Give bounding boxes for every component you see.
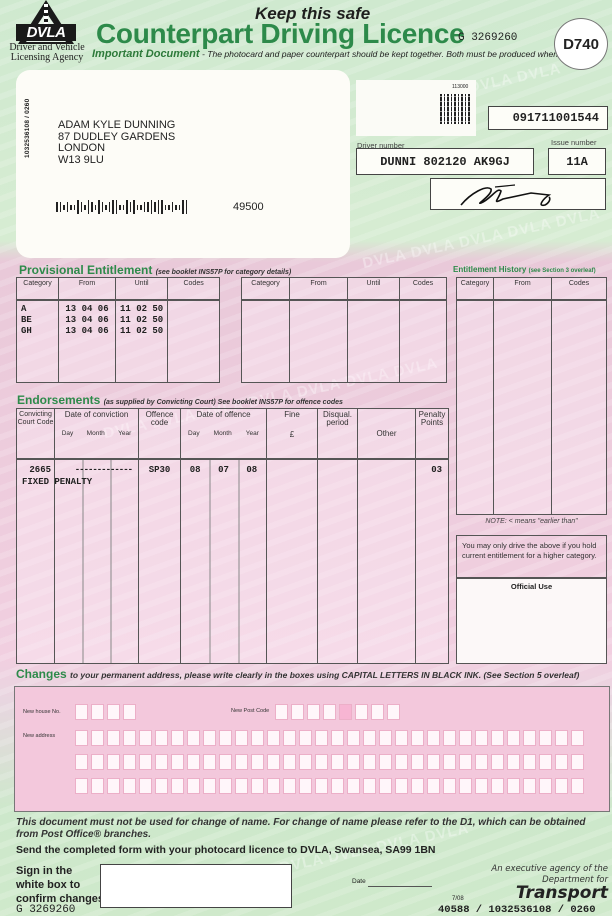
column-header-points: Penalty Points [416, 409, 449, 459]
empty-cell [457, 300, 494, 515]
section-heading: Provisional Entitlement [19, 263, 152, 277]
day-label: Day [62, 430, 74, 438]
offence-code: SP30 [139, 459, 181, 664]
column-header-codes: Codes [168, 278, 220, 300]
empty-cell [348, 300, 400, 383]
rotated-reference: 1032536108 / 0260 [24, 100, 44, 170]
address-postcode: W13 9LU [58, 155, 175, 167]
signature-input[interactable] [100, 864, 292, 908]
section-heading: Changes [16, 667, 67, 681]
endorsements-title: Endorsements (as supplied by Convicting … [17, 393, 343, 407]
higher-category-notice: You may only drive the above if you hold… [456, 535, 607, 578]
fixed-penalty-note: FIXED PENALTY [22, 477, 92, 487]
section-subtitle: (see booklet INS57P for category details… [156, 269, 292, 276]
house-no-input[interactable] [75, 704, 136, 720]
dept-transport-logo: Transport [480, 883, 608, 903]
address-line-1-input[interactable] [75, 730, 584, 746]
postal-barcode [56, 199, 196, 215]
fine-label: Fine [267, 411, 317, 419]
sign-label-line: Sign in the [16, 864, 104, 878]
section-subtitle: to your permanent address, please write … [70, 670, 579, 680]
house-no-label: New house No. [23, 709, 61, 715]
column-header-until: Until [348, 278, 400, 300]
reference-number: 091711001544 [488, 106, 608, 130]
endorsements-table: Convicting Court Code Date of conviction… [16, 408, 449, 664]
column-header-disqual: Disqual. period [318, 409, 358, 459]
conviction-date-cell: ------------- [55, 459, 139, 664]
column-header-date-offence: Date of offence DayMonthYear [181, 409, 267, 459]
year-label: Year [246, 430, 259, 438]
column-header-category: Category [457, 278, 494, 300]
address-line-2-input[interactable] [75, 754, 584, 770]
sign-label: Sign in the white box to confirm changes [16, 864, 104, 906]
date-input[interactable] [368, 886, 432, 887]
conviction-date: ------------- [61, 465, 132, 475]
column-header-fine: Fine £ [267, 409, 318, 459]
document-reference: 40588 / 1032536108 / 0260 [438, 904, 596, 916]
rotated-reference-text: 1032536108 / 0260 [24, 88, 31, 158]
driver-number: DUNNI 802120 AK9GJ [356, 148, 534, 175]
address-city: LONDON [58, 143, 175, 155]
post-code-label: New Post Code [231, 708, 269, 714]
court-code-cell: 2665 FIXED PENALTY [17, 459, 55, 664]
empty-cell [494, 300, 552, 515]
year-label: Year [118, 430, 131, 438]
date-conviction-label: Date of conviction [55, 411, 138, 419]
document-title: Counterpart Driving Licence [96, 18, 464, 50]
offence-month: 07 [218, 465, 229, 475]
entitlement-history-table: Category From Codes [456, 277, 607, 515]
codes-cell [168, 300, 220, 383]
form-version: 7/08 [452, 896, 464, 902]
column-header-until: Until [116, 278, 168, 300]
month-label: Month [214, 430, 232, 438]
provisional-entitlement-title: Provisional Entitlement (see booklet INS… [19, 263, 291, 277]
empty-cell [552, 300, 607, 515]
address-label: New address [23, 733, 55, 739]
endorsement-row: 2665 FIXED PENALTY ------------- SP30 08… [17, 459, 449, 664]
column-header-offence-code: Offence code [139, 409, 181, 459]
day-label: Day [188, 430, 200, 438]
fine-cell [267, 459, 318, 664]
changes-form: New house No. New Post Code New address [14, 686, 610, 812]
agency-name: Driver and Vehicle Licensing Agency [2, 43, 92, 63]
date-label: Date [352, 878, 366, 885]
issue-number-label: Issue number [551, 138, 596, 147]
offence-day: 08 [190, 465, 201, 475]
until-cell: 11 02 50 11 02 50 11 02 50 [116, 300, 168, 383]
earlier-than-note: NOTE: < means "earlier than" [456, 518, 607, 525]
logo-text: DVLA [16, 24, 76, 41]
from-cell: 13 04 06 13 04 06 13 04 06 [59, 300, 116, 383]
barcode-number: 49500 [233, 201, 264, 213]
column-header-court-code: Convicting Court Code [17, 409, 55, 459]
send-instructions: Send the completed form with your photoc… [16, 844, 436, 856]
qr-number: 113000 [452, 84, 468, 90]
post-code-input[interactable] [275, 704, 400, 720]
section-heading: Endorsements [17, 393, 100, 407]
form-code-badge: D740 [554, 18, 608, 70]
empty-cell [400, 300, 447, 383]
official-use-box: Official Use [456, 578, 607, 664]
entitlement-history-title: Entitlement History (see Section 3 overl… [453, 265, 596, 274]
column-header-from: From [494, 278, 552, 300]
provisional-entitlement-table: Category From Until Codes A BE GH 13 04 … [16, 277, 220, 383]
address-block: ADAM KYLE DUNNING 87 DUDLEY GARDENS LOND… [58, 120, 175, 166]
holder-name: ADAM KYLE DUNNING [58, 120, 175, 132]
address-line-3-input[interactable] [75, 778, 584, 794]
exec-line: An executive agency of the [478, 864, 608, 875]
other-cell [358, 459, 416, 664]
penalty-points: 03 [416, 459, 449, 664]
column-header-category: Category [242, 278, 290, 300]
column-header-date-conviction: Date of conviction DayMonthYear [55, 409, 139, 459]
disqual-cell [318, 459, 358, 664]
section-subtitle: (see Section 3 overleaf) [529, 268, 596, 274]
column-header-codes: Codes [552, 278, 607, 300]
provisional-entitlement-table-2: Category From Until Codes [241, 277, 447, 383]
offence-year: 08 [246, 465, 257, 475]
important-label: Important Document [92, 48, 200, 60]
section-heading: Entitlement History [453, 265, 526, 274]
changes-title: Changes to your permanent address, pleas… [16, 667, 579, 681]
important-notice: Important Document - The photocard and p… [92, 48, 594, 60]
month-label: Month [87, 430, 105, 438]
date-offence-label: Date of offence [181, 411, 266, 419]
serial-number-bottom: G 3269260 [16, 904, 75, 916]
column-header-from: From [59, 278, 116, 300]
empty-cell [242, 300, 290, 383]
column-header-from: From [290, 278, 348, 300]
section-subtitle: (as supplied by Convicting Court) See bo… [104, 399, 343, 406]
serial-number-top: G 3269260 [458, 32, 517, 44]
category-cell: A BE GH [17, 300, 59, 383]
issue-number: 11A [548, 148, 606, 175]
column-header-codes: Codes [400, 278, 447, 300]
column-header-other: Other [358, 409, 416, 459]
sign-label-line: white box to [16, 878, 104, 892]
court-code: 2665 [20, 465, 51, 475]
signature-icon [431, 179, 607, 211]
pound-sign: £ [267, 431, 317, 439]
name-change-warning: This document must not be used for chang… [16, 817, 606, 841]
empty-cell [290, 300, 348, 383]
dvla-logo: DVLA Driver and Vehicle Licensing Agency [2, 0, 90, 64]
signature-box [430, 178, 606, 210]
offence-date-cell: 08 07 08 [181, 459, 267, 664]
important-text: - The photocard and paper counterpart sh… [200, 49, 595, 59]
datamatrix-code-icon [440, 94, 470, 124]
column-header-category: Category [17, 278, 59, 300]
